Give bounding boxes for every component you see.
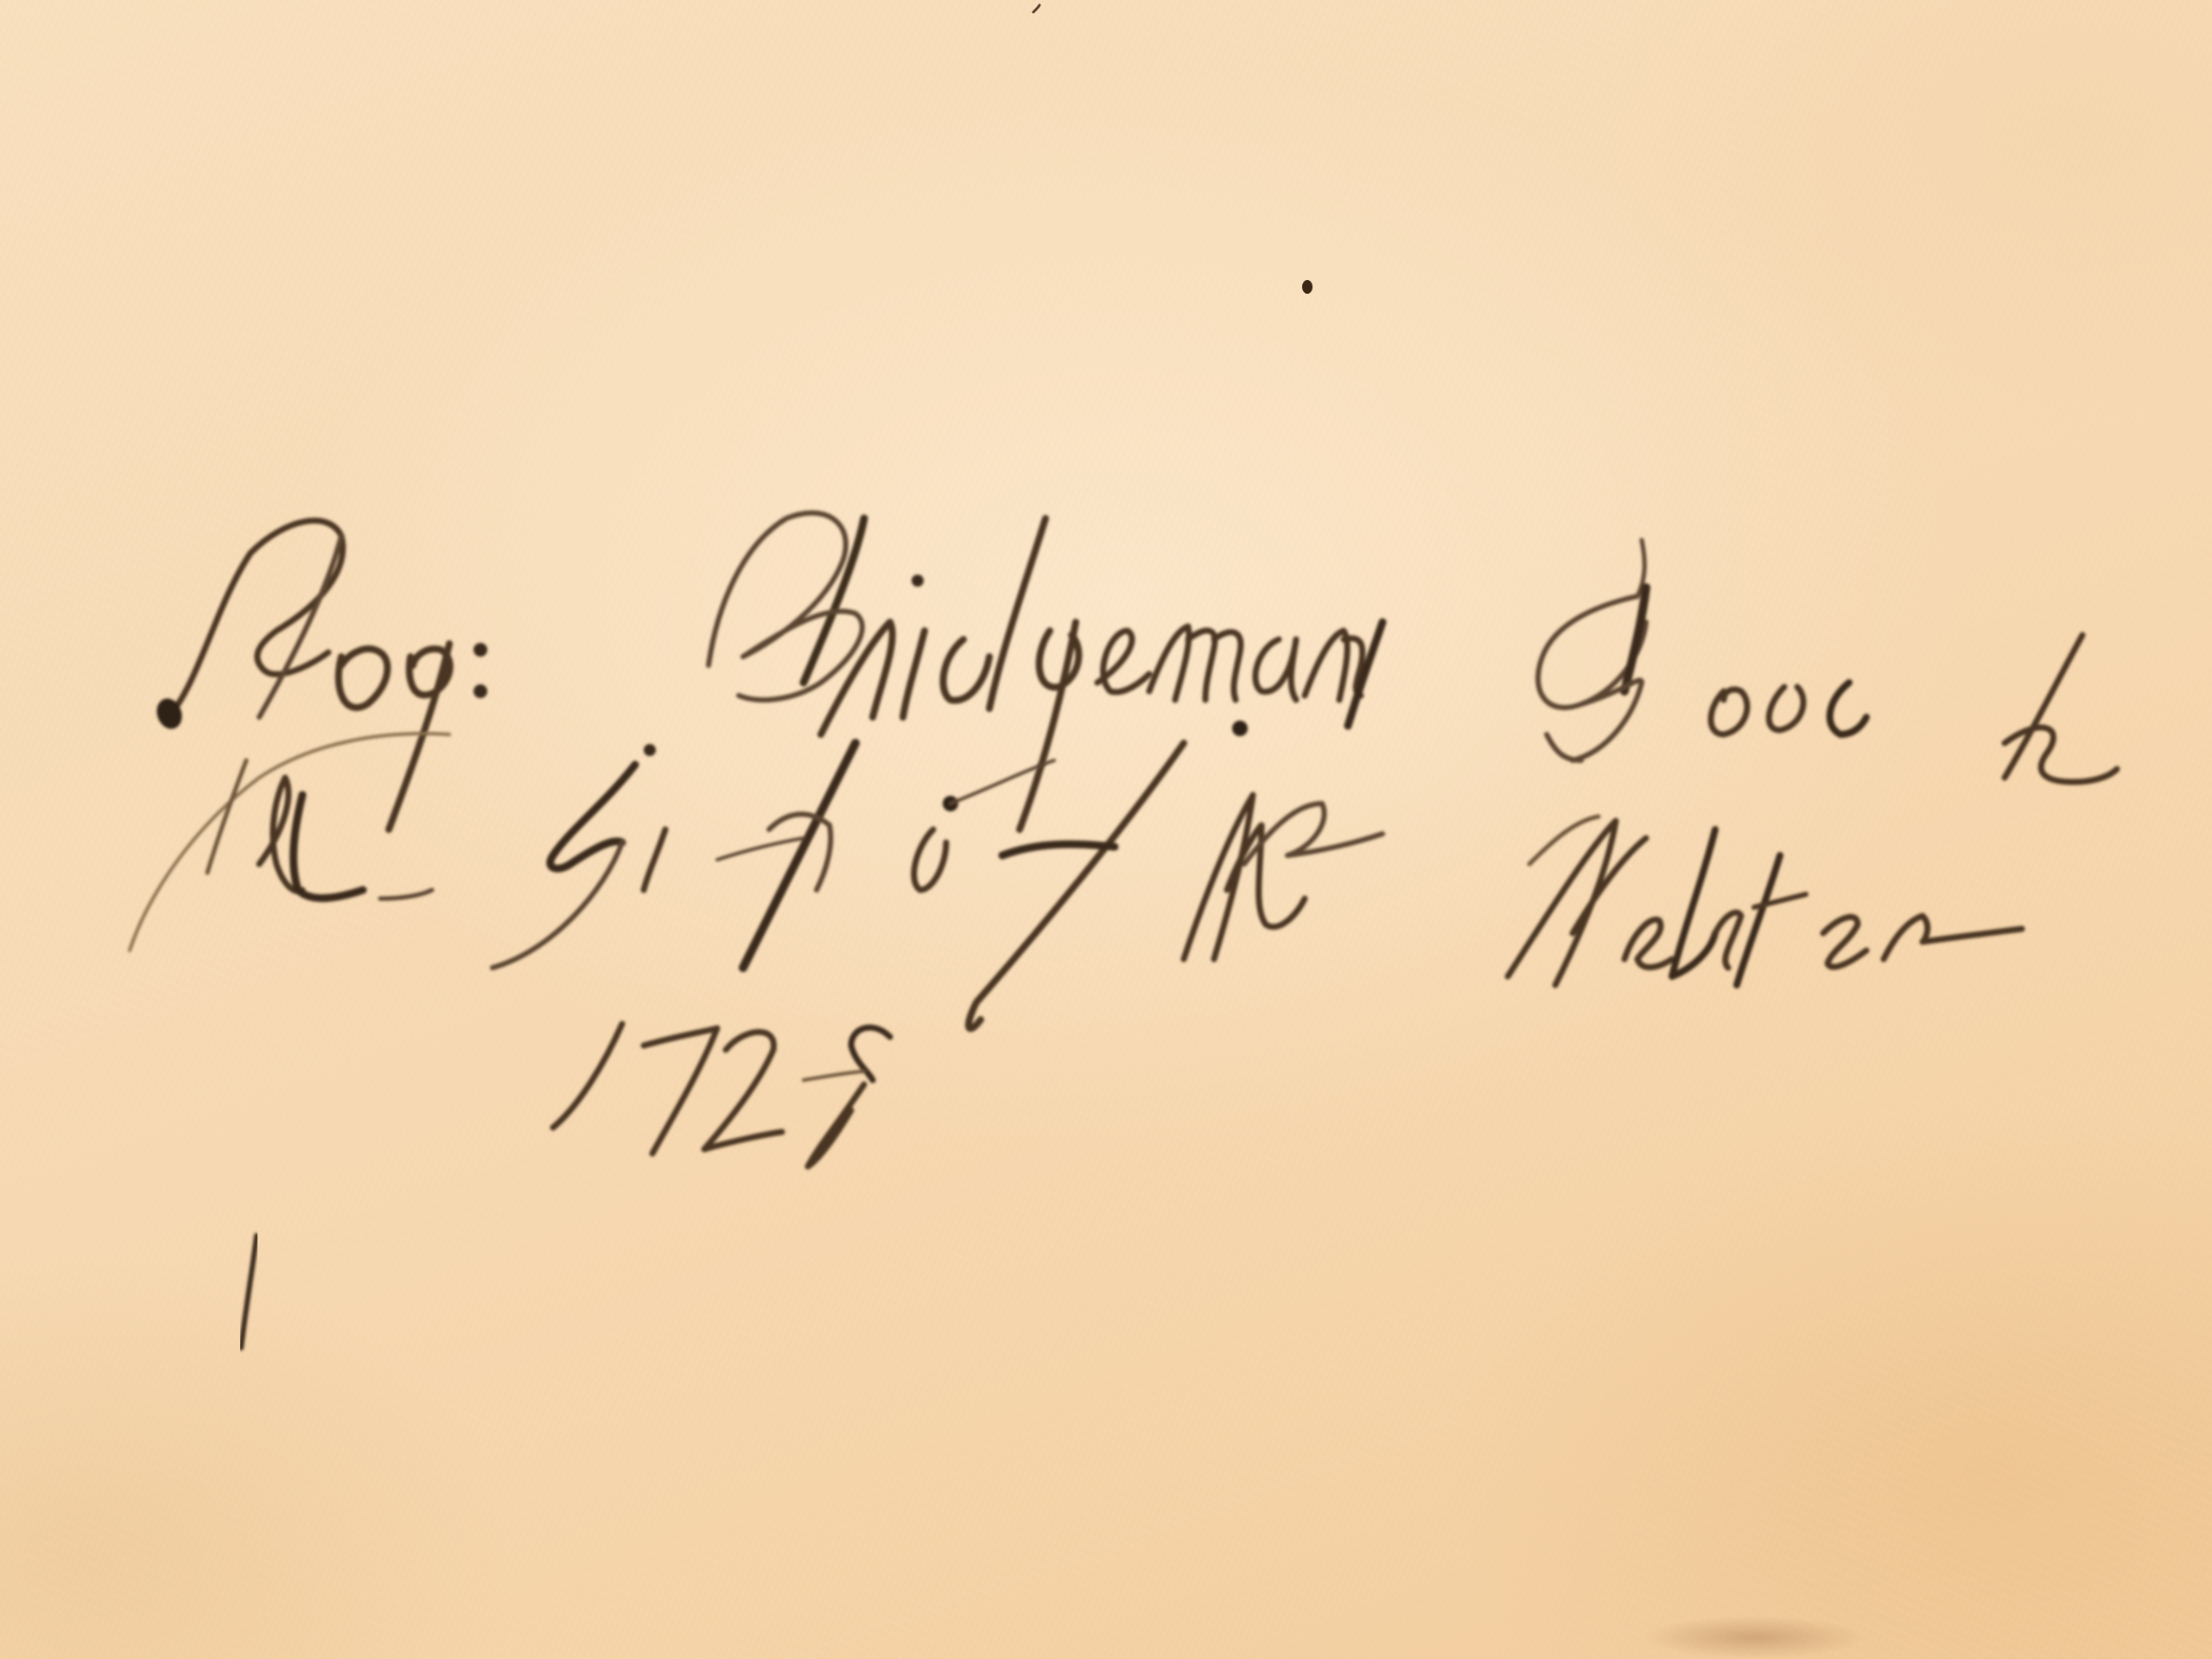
ink-dot [1302,280,1313,294]
stray-tick-mark [241,1236,257,1348]
line-1-rog-bridgemans-book [153,513,2117,829]
handwritten-inscription [0,0,2212,1659]
top-edge-speck [1033,5,1039,12]
line-3-year-1728 [553,1024,890,1166]
line-2-the-gift-of-mr-webster [130,734,2022,1028]
paper-smudge [1642,1616,1866,1659]
